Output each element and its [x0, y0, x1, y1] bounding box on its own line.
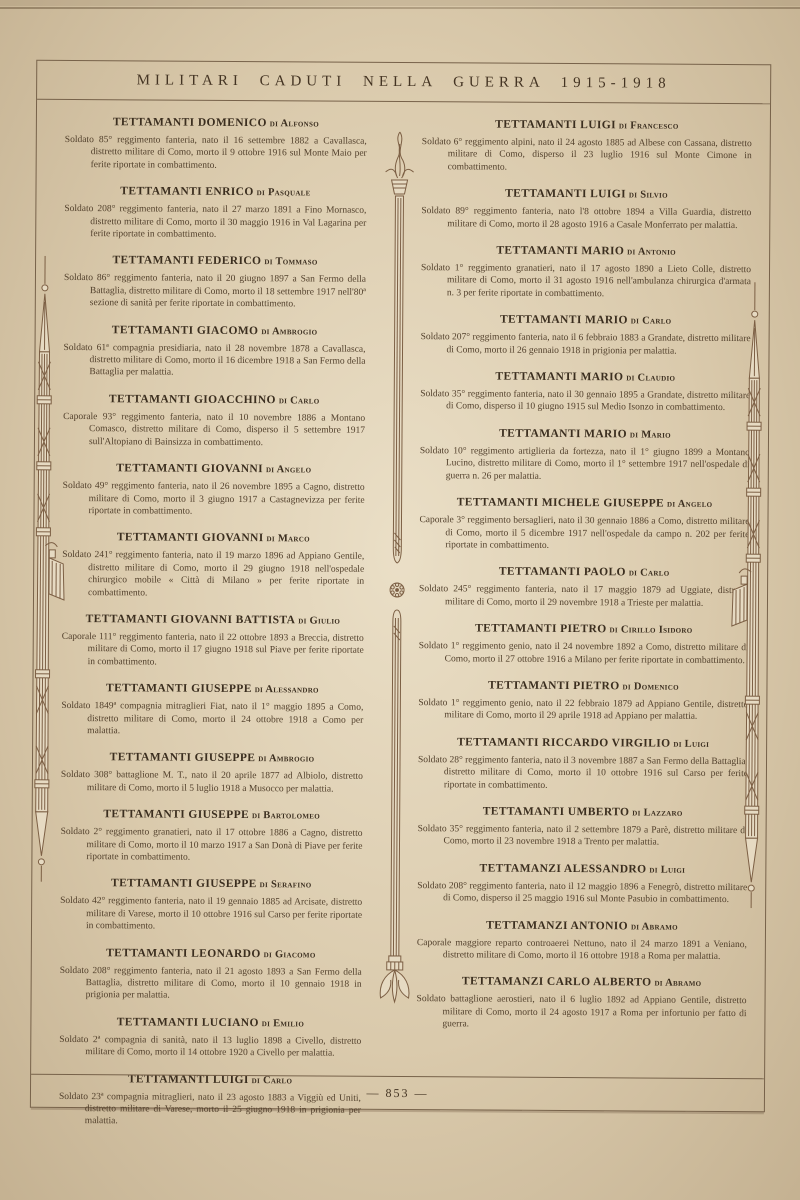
soldier-name: TETTAMANTI DOMENICO	[113, 116, 267, 129]
entry-text: Soldato 2° reggimento granatieri, nato i…	[60, 826, 362, 865]
entry-text: Caporale 93° reggimento fanteria, nato i…	[63, 411, 365, 450]
patronymic: di Giacomo	[261, 949, 316, 960]
page-sheet: MILITARI CADUTI NELLA GUERRA 1915-1918 T…	[0, 0, 800, 1200]
entry-text: Soldato 89° reggimento fanteria, nato l'…	[421, 205, 751, 232]
memorial-entry: TETTAMANTI LEONARDO di GiacomoSoldato 20…	[60, 947, 362, 1004]
soldier-name: TETTAMANTI MARIO	[496, 245, 624, 258]
memorial-entry: TETTAMANTI LUIGI di FrancescoSoldato 6° …	[422, 118, 752, 175]
soldier-name-heading: TETTAMANZI CARLO ALBERTO di Abramo	[417, 976, 747, 990]
soldier-name-heading: TETTAMANTI GIOVANNI BATTISTA di Giulio	[62, 613, 364, 627]
patronymic: di Luigi	[670, 738, 709, 749]
patronymic: di Angelo	[664, 499, 712, 510]
soldier-name: TETTAMANZI ANTONIO	[486, 919, 628, 932]
patronymic: di Giulio	[295, 615, 340, 626]
patronymic: di Marco	[264, 533, 310, 544]
fasces-ornament-left	[19, 256, 69, 882]
memorial-entry: TETTAMANTI GIOVANNI BATTISTA di GiulioCa…	[62, 613, 364, 670]
soldier-name-heading: TETTAMANTI LUCIANO di Emilio	[59, 1016, 361, 1030]
soldier-name-heading: TETTAMANTI GIOVANNI di Marco	[62, 531, 364, 545]
memorial-entry: TETTAMANZI ALESSANDRO di LuigiSoldato 20…	[417, 862, 747, 907]
memorial-entry: TETTAMANTI GIACOMO di AmbrogioSoldato 61…	[63, 324, 365, 381]
patronymic: di Silvio	[626, 190, 668, 201]
soldier-name: TETTAMANTI MARIO	[495, 371, 623, 384]
soldier-name: TETTAMANTI GIOVANNI	[116, 462, 263, 475]
patronymic: di Francesco	[616, 120, 679, 131]
soldier-name: TETTAMANTI GIUSEPPE	[103, 808, 249, 821]
soldier-name-heading: TETTAMANTI GIOVANNI di Angelo	[63, 462, 365, 476]
soldier-name-heading: TETTAMANTI LEONARDO di Giacomo	[60, 947, 362, 961]
soldier-name-heading: TETTAMANTI PAOLO di Carlo	[419, 565, 749, 579]
book-page-photo: MILITARI CADUTI NELLA GUERRA 1915-1918 T…	[0, 0, 800, 1200]
patronymic: di Ambrogio	[258, 326, 317, 337]
entry-text: Caporale 111° reggimento fanteria, nato …	[62, 631, 364, 670]
soldier-name-heading: TETTAMANTI GIUSEPPE di Ambrogio	[61, 751, 363, 765]
soldier-name-heading: TETTAMANTI MARIO di Antonio	[421, 244, 751, 258]
memorial-entry: TETTAMANTI LUCIANO di EmilioSoldato 2ª c…	[59, 1016, 361, 1061]
memorial-entry: TETTAMANTI MARIO di CarloSoldato 207° re…	[420, 313, 750, 358]
patronymic: di Cirillo Isidoro	[607, 624, 693, 636]
page-number: — 853 —	[366, 1085, 428, 1100]
soldier-name-heading: TETTAMANTI MICHELE GIUSEPPE di Angelo	[420, 496, 750, 510]
soldier-name: TETTAMANTI MARIO	[499, 427, 627, 440]
memorial-entry: TETTAMANTI MICHELE GIUSEPPE di AngeloCap…	[419, 496, 749, 553]
entry-text: Soldato 35° reggimento fanteria, nato il…	[420, 388, 750, 415]
soldier-name-heading: TETTAMANZI ANTONIO di Abramo	[417, 919, 747, 933]
soldier-name-heading: TETTAMANTI PIETRO di Domenico	[418, 679, 748, 693]
soldier-name-heading: TETTAMANTI ENRICO di Pasquale	[64, 185, 366, 199]
memorial-entry: TETTAMANTI GIOVANNI di AngeloSoldato 49°…	[62, 462, 364, 519]
soldier-name-heading: TETTAMANTI GIUSEPPE di Alessandro	[61, 682, 363, 696]
patronymic: di Angelo	[263, 464, 311, 475]
soldier-name-heading: TETTAMANTI LUIGI di Silvio	[421, 187, 751, 201]
memorial-entry: TETTAMANTI PIETRO di DomenicoSoldato 1° …	[418, 679, 748, 724]
soldier-name: TETTAMANTI PIETRO	[488, 679, 620, 692]
soldier-name-heading: TETTAMANTI RICCARDO VIRGILIO di Luigi	[418, 736, 748, 750]
soldier-name-heading: TETTAMANTI GIUSEPPE di Serafino	[60, 877, 362, 891]
patronymic: di Abramo	[652, 978, 702, 989]
soldier-name: TETTAMANTI LEONARDO	[106, 947, 261, 960]
entry-text: Soldato 208° reggimento fanteria, nato i…	[64, 203, 366, 242]
memorial-entry: TETTAMANZI CARLO ALBERTO di AbramoSoldat…	[416, 976, 746, 1033]
patronymic: di Ambrogio	[255, 753, 314, 764]
entry-text: Soldato 1° reggimento genio, nato il 24 …	[419, 640, 749, 667]
entry-text: Soldato 85° reggimento fanteria, nato il…	[65, 134, 367, 173]
soldier-name: TETTAMANTI MICHELE GIUSEPPE	[457, 496, 664, 509]
soldier-name-heading: TETTAMANZI ALESSANDRO di Luigi	[417, 862, 747, 876]
entry-text: Soldato 49° reggimento fanteria, nato il…	[62, 480, 364, 519]
soldier-name: TETTAMANTI GIOACCHINO	[109, 393, 276, 406]
soldier-name: TETTAMANTI GIOVANNI BATTISTA	[86, 613, 296, 626]
memorial-entry: TETTAMANTI GIUSEPPE di AmbrogioSoldato 3…	[61, 751, 363, 796]
soldier-name: TETTAMANTI LUIGI	[495, 119, 616, 132]
torch-column-ornament	[376, 128, 418, 1038]
entry-text: Soldato 6° reggimento alpini, nato il 24…	[422, 136, 752, 175]
soldier-name: TETTAMANTI MARIO	[500, 314, 628, 327]
soldier-name-heading: TETTAMANTI DOMENICO di Alfonso	[65, 116, 367, 130]
page-footer: — 853 —	[31, 1074, 764, 1111]
memorial-entry: TETTAMANTI GIUSEPPE di BartolomeoSoldato…	[60, 808, 362, 865]
entry-text: Soldato 308° battaglione M. T., nato il …	[61, 769, 363, 796]
memorial-entry: TETTAMANTI MARIO di ClaudioSoldato 35° r…	[420, 370, 750, 415]
memorial-entry: TETTAMANTI MARIO di AntonioSoldato 1° re…	[421, 244, 751, 301]
soldier-name: TETTAMANTI GIUSEPPE	[110, 752, 256, 765]
patronymic: di Mario	[627, 429, 671, 440]
entry-text: Soldato 35° reggimento fanteria, nato il…	[417, 823, 747, 850]
soldier-name-heading: TETTAMANTI GIACOMO di Ambrogio	[64, 324, 366, 338]
memorial-entry: TETTAMANTI UMBERTO di LazzaroSoldato 35°…	[417, 805, 747, 850]
patronymic: di Carlo	[276, 395, 320, 406]
patronymic: di Serafino	[257, 880, 312, 891]
entry-text: Soldato 86° reggimento fanteria, nato il…	[64, 272, 366, 311]
memorial-entry: TETTAMANTI GIUSEPPE di SerafinoSoldato 4…	[60, 877, 362, 934]
patronymic: di Luigi	[646, 864, 685, 875]
entry-text: Soldato 208° reggimento fanteria, nato i…	[60, 965, 362, 1004]
patronymic: di Alessandro	[252, 684, 319, 695]
memorial-entry: TETTAMANTI DOMENICO di AlfonsoSoldato 85…	[65, 116, 367, 173]
entry-text: Caporale maggiore reparto controaerei Ne…	[417, 937, 747, 964]
soldier-name: TETTAMANTI RICCARDO VIRGILIO	[457, 736, 670, 749]
soldier-name-heading: TETTAMANTI MARIO di Carlo	[421, 313, 751, 327]
entry-text: Soldato 241° reggimento fanteria, nato i…	[62, 549, 364, 600]
memorial-entry: TETTAMANTI PAOLO di CarloSoldato 245° re…	[419, 565, 749, 610]
memorial-entry: TETTAMANTI PIETRO di Cirillo IsidoroSold…	[419, 622, 749, 667]
soldier-name: TETTAMANTI GIOVANNI	[117, 532, 264, 545]
entry-text: Caporale 3° reggimento bersaglieri, nato…	[419, 514, 749, 553]
patronymic: di Lazzaro	[629, 807, 682, 818]
memorial-entry: TETTAMANTI FEDERICO di TommasoSoldato 86…	[64, 254, 366, 311]
soldier-name-heading: TETTAMANTI LUIGI di Francesco	[422, 118, 752, 132]
fasces-ornament-right	[727, 282, 777, 908]
entry-text: Soldato 208° reggimento fanteria, nato i…	[417, 880, 747, 907]
soldier-name-heading: TETTAMANTI UMBERTO di Lazzaro	[418, 805, 748, 819]
patronymic: di Claudio	[623, 372, 675, 383]
entry-text: Soldato 28° reggimento fanteria, nato il…	[418, 754, 748, 793]
memorial-entry: TETTAMANTI GIUSEPPE di AlessandroSoldato…	[61, 682, 363, 739]
entry-text: Soldato 207° reggimento fanteria, nato i…	[420, 331, 750, 358]
soldier-name: TETTAMANZI CARLO ALBERTO	[462, 976, 652, 989]
soldier-name: TETTAMANTI PAOLO	[499, 566, 626, 579]
patronymic: di Antonio	[624, 246, 676, 257]
entry-text: Soldato battaglione aerostieri, nato il …	[416, 994, 746, 1033]
patronymic: di Emilio	[259, 1018, 304, 1029]
soldier-name: TETTAMANZI ALESSANDRO	[479, 862, 646, 875]
column-left: TETTAMANTI DOMENICO di AlfonsoSoldato 85…	[59, 116, 367, 1077]
entry-text: Soldato 10° reggimento artiglieria da fo…	[420, 445, 750, 484]
patronymic: di Domenico	[620, 681, 679, 692]
memorial-entry: TETTAMANZI ANTONIO di AbramoCaporale mag…	[417, 919, 747, 964]
memorial-entry: TETTAMANTI GIOACCHINO di CarloCaporale 9…	[63, 393, 365, 450]
soldier-name-heading: TETTAMANTI GIUSEPPE di Bartolomeo	[61, 808, 363, 822]
soldier-name: TETTAMANTI GIUSEPPE	[106, 682, 252, 695]
soldier-name-heading: TETTAMANTI GIOACCHINO di Carlo	[63, 393, 365, 407]
soldier-name: TETTAMANTI FEDERICO	[112, 255, 261, 268]
patronymic: di Pasquale	[254, 187, 311, 198]
soldier-name: TETTAMANTI GIUSEPPE	[111, 878, 257, 891]
patronymic: di Abramo	[628, 921, 678, 932]
soldier-name: TETTAMANTI LUCIANO	[117, 1016, 259, 1029]
memorial-entry: TETTAMANTI RICCARDO VIRGILIO di LuigiSol…	[418, 736, 748, 793]
patronymic: di Carlo	[626, 568, 670, 579]
soldier-name-heading: TETTAMANTI MARIO di Mario	[420, 427, 750, 441]
patronymic: di Tommaso	[261, 257, 317, 268]
entry-text: Soldato 2ª compagnia di sanità, nato il …	[59, 1034, 361, 1061]
entry-text: Soldato 1° reggimento granatieri, nato i…	[421, 262, 751, 301]
patronymic: di Bartolomeo	[249, 810, 320, 821]
soldier-name: TETTAMANTI UMBERTO	[483, 805, 630, 818]
entry-text: Soldato 1849ª compagnia mitraglieri Fiat…	[61, 700, 363, 739]
memorial-entry: TETTAMANTI GIOVANNI di MarcoSoldato 241°…	[62, 531, 364, 600]
soldier-name: TETTAMANTI LUIGI	[505, 188, 626, 201]
soldier-name: TETTAMANTI PIETRO	[475, 623, 607, 636]
soldier-name-heading: TETTAMANTI MARIO di Claudio	[420, 370, 750, 384]
soldier-name-heading: TETTAMANTI PIETRO di Cirillo Isidoro	[419, 622, 749, 636]
page-title: MILITARI CADUTI NELLA GUERRA 1915-1918	[137, 72, 671, 92]
patronymic: di Alfonso	[267, 118, 319, 129]
memorial-entry: TETTAMANTI ENRICO di PasqualeSoldato 208…	[64, 185, 366, 242]
memorial-entry: TETTAMANTI MARIO di MarioSoldato 10° reg…	[420, 427, 750, 484]
entry-text: Soldato 42° reggimento fanteria, nato il…	[60, 895, 362, 934]
soldier-name: TETTAMANTI GIACOMO	[112, 324, 259, 337]
memorial-entry: TETTAMANTI LUIGI di SilvioSoldato 89° re…	[421, 187, 751, 232]
column-right: TETTAMANTI LUIGI di FrancescoSoldato 6° …	[416, 118, 752, 1079]
entry-text: Soldato 245° reggimento fanteria, nato i…	[419, 583, 749, 610]
soldier-name: TETTAMANTI ENRICO	[120, 186, 254, 199]
patronymic: di Carlo	[628, 316, 672, 327]
entry-text: Soldato 61ª compagnia presidiaria, nato …	[63, 342, 365, 381]
page-header: MILITARI CADUTI NELLA GUERRA 1915-1918	[37, 61, 770, 104]
entry-text: Soldato 1° reggimento genio, nato il 22 …	[418, 697, 748, 724]
soldier-name-heading: TETTAMANTI FEDERICO di Tommaso	[64, 254, 366, 268]
